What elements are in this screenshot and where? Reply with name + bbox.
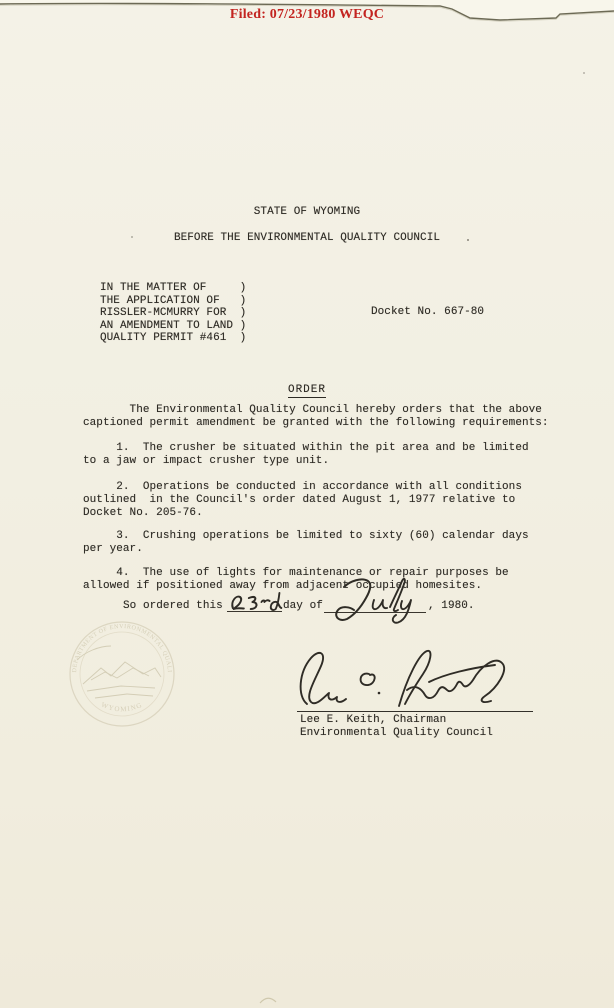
heading-state: STATE OF WYOMING (0, 206, 614, 219)
handwritten-month (322, 574, 430, 624)
filed-stamp: Filed: 07/23/1980 WEQC (0, 7, 614, 23)
scanned-order-page: Filed: 07/23/1980 WEQC STATE OF WYOMING … (0, 0, 614, 1008)
order-item-1: 1. The crusher be situated within the pi… (83, 442, 529, 468)
signature-line (297, 711, 533, 712)
heading-council: BEFORE THE ENVIRONMENTAL QUALITY COUNCIL (0, 232, 614, 245)
paper-speck (583, 72, 585, 74)
bottom-corner-mark (258, 994, 278, 1006)
docket-number: Docket No. 667-80 (371, 306, 484, 319)
seal-bottom-text: WYOMING (100, 701, 144, 714)
order-item-3: 3. Crushing operations be limited to six… (83, 530, 529, 556)
paper-speck (467, 239, 469, 241)
so-ordered-middle: day of (283, 600, 323, 613)
signer-organization: Environmental Quality Council (300, 727, 493, 740)
order-item-4: 4. The use of lights for maintenance or … (83, 567, 509, 593)
order-intro-paragraph: The Environmental Quality Council hereby… (83, 404, 549, 430)
embossed-seal: DEPARTMENT OF ENVIRONMENTAL QUALITY WYOM… (55, 616, 190, 736)
so-ordered-prefix: So ordered this (123, 600, 223, 613)
order-item-2: 2. Operations be conducted in accordance… (83, 481, 522, 520)
paper-speck (131, 236, 133, 238)
handwritten-day (224, 588, 284, 616)
so-ordered-suffix: , 1980. (428, 600, 475, 613)
svg-text:WYOMING: WYOMING (100, 701, 144, 714)
seal-top-text: DEPARTMENT OF ENVIRONMENTAL QUALITY (55, 616, 172, 673)
signer-name-title: Lee E. Keith, Chairman (300, 714, 446, 727)
svg-text:DEPARTMENT OF ENVIRONMENTAL QU: DEPARTMENT OF ENVIRONMENTAL QUALITY (55, 616, 172, 673)
order-title-row: ORDER (0, 379, 614, 398)
seal-mountains (77, 646, 161, 698)
signature-handwriting (283, 638, 533, 716)
case-caption: IN THE MATTER OF ) THE APPLICATION OF ) … (100, 282, 246, 345)
order-title: ORDER (288, 384, 326, 398)
